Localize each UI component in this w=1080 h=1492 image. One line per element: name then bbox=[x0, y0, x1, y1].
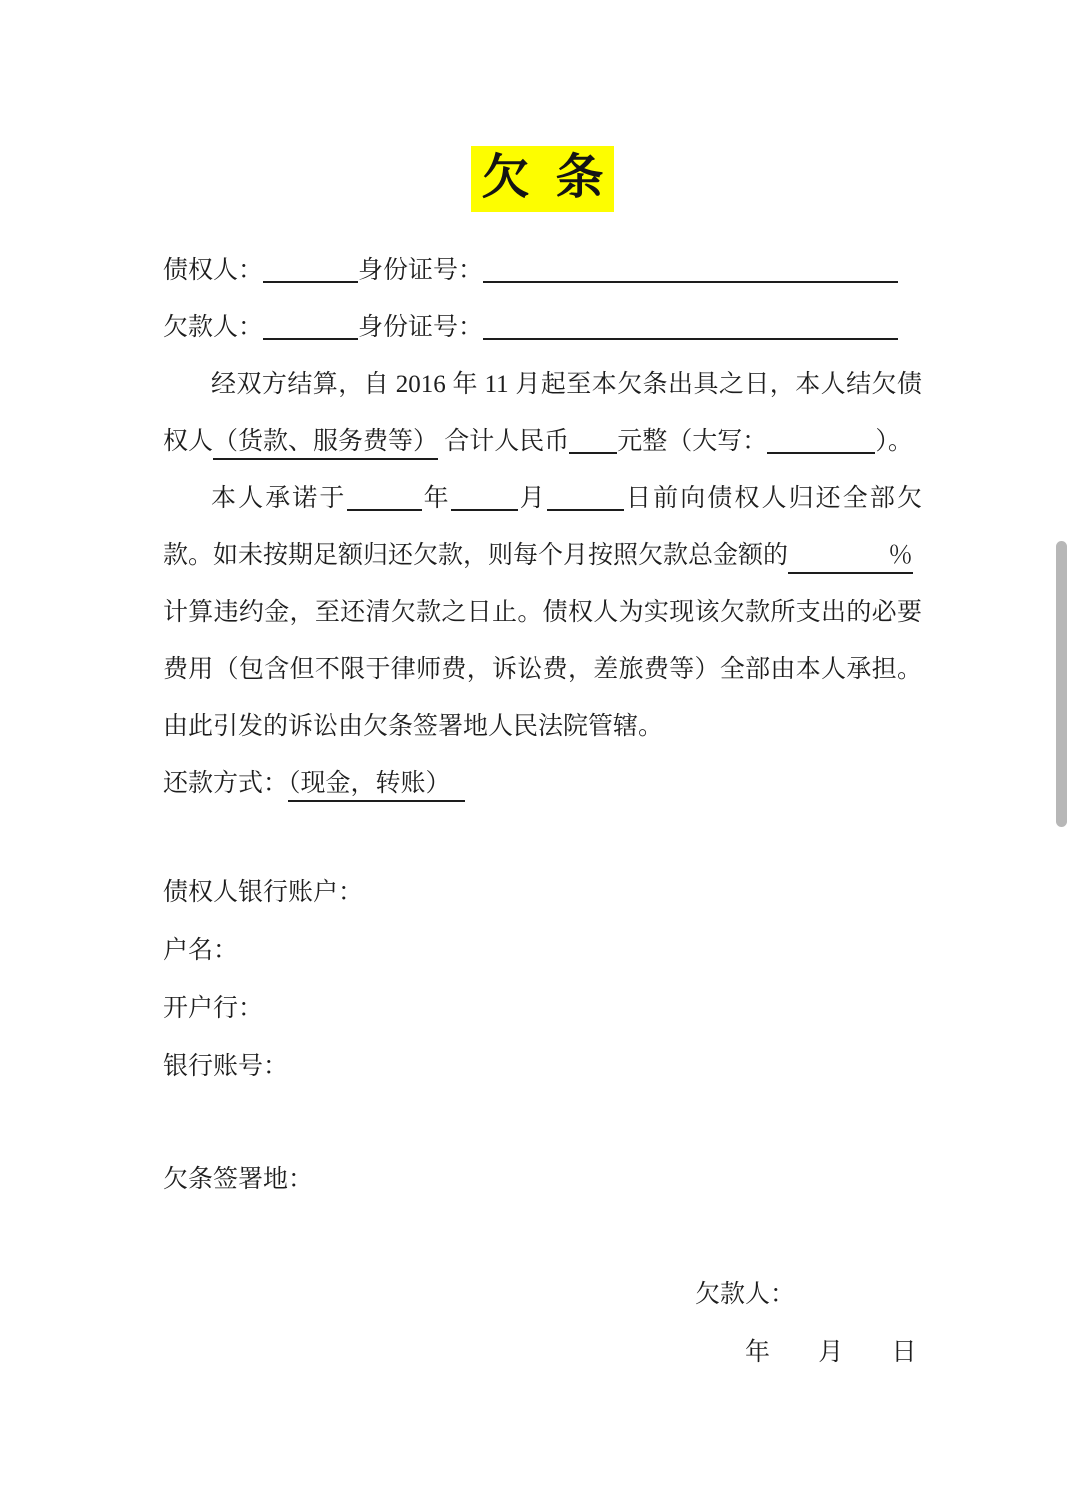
body-line-6: 费用（包含但不限于律师费，诉讼费，差旅费等）全部由本人承担。 bbox=[163, 641, 922, 698]
percent-sign: ％ bbox=[888, 542, 913, 569]
body-line-2: 权人（货款、服务费等） 合计人民币元整（大写：）。 bbox=[163, 413, 922, 470]
creditor-label: 债权人： bbox=[163, 257, 263, 284]
body-line-2-pre: 权人 bbox=[163, 428, 213, 455]
promise-rest: 日前向债权人归还全部欠 bbox=[624, 485, 922, 512]
amount-capital-blank bbox=[767, 428, 875, 454]
year-blank bbox=[347, 485, 422, 511]
debtor-id-blank bbox=[483, 314, 898, 340]
bank-branch-line: 开户行： bbox=[163, 980, 922, 1038]
bank-account-heading: 债权人银行账户： bbox=[163, 864, 922, 922]
document-page: 欠 条 债权人：身份证号： 欠款人：身份证号： 经双方结算，自 2016 年 1… bbox=[0, 0, 1080, 1492]
title-row: 欠 条 bbox=[163, 0, 922, 212]
repayment-line: 还款方式：（现金，转账） bbox=[163, 755, 922, 812]
account-name-line: 户名： bbox=[163, 922, 922, 980]
debtor-id-label: 身份证号： bbox=[358, 314, 483, 341]
body-line-7: 由此引发的诉讼由欠条签署地人民法院管辖。 bbox=[163, 698, 922, 755]
debtor-label: 欠款人： bbox=[163, 314, 263, 341]
debt-type-underlined: （货款、服务费等） bbox=[213, 428, 438, 460]
body-line-5: 计算违约金，至还清欠款之日止。债权人为实现该欠款所支出的必要 bbox=[163, 584, 922, 641]
penalty-percent-underlined: ％ bbox=[788, 542, 913, 574]
account-number-line: 银行账号： bbox=[163, 1038, 922, 1096]
body-line-2-mid2: 元整（大写： bbox=[617, 428, 767, 455]
month-label: 月 bbox=[518, 485, 547, 512]
body-line-4: 款。如未按期足额归还欠款，则每个月按照欠款总金额的％ bbox=[163, 527, 922, 584]
amount-blank bbox=[569, 428, 617, 454]
repayment-method-underlined: （现金，转账） bbox=[288, 770, 465, 802]
document-content: 欠 条 债权人：身份证号： 欠款人：身份证号： 经双方结算，自 2016 年 1… bbox=[0, 0, 1080, 1381]
document-title-highlight: 欠 条 bbox=[471, 146, 613, 212]
debtor-signature-label: 欠款人： bbox=[695, 1266, 922, 1324]
body-line-2-mid: 合计人民币 bbox=[438, 428, 569, 455]
date-line: 年 月 日 bbox=[745, 1324, 922, 1381]
creditor-id-label: 身份证号： bbox=[358, 257, 483, 284]
body-line-1: 经双方结算，自 2016 年 11 月起至本欠条出具之日，本人结欠债 bbox=[163, 356, 922, 413]
percent-blank bbox=[788, 537, 888, 563]
year-label: 年 bbox=[422, 485, 451, 512]
repayment-label: 还款方式： bbox=[163, 770, 288, 797]
sign-place-line: 欠条签署地： bbox=[163, 1151, 922, 1209]
creditor-id-blank bbox=[483, 257, 898, 283]
creditor-line: 债权人：身份证号： bbox=[163, 242, 922, 299]
debtor-line: 欠款人：身份证号： bbox=[163, 299, 922, 356]
scrollbar-thumb[interactable] bbox=[1056, 541, 1067, 827]
document-title: 欠 条 bbox=[481, 151, 603, 204]
day-blank bbox=[547, 485, 624, 511]
debtor-name-blank bbox=[263, 314, 358, 340]
month-blank bbox=[451, 485, 518, 511]
body-line-2-end: ）。 bbox=[875, 428, 913, 455]
penalty-text: 款。如未按期足额归还欠款，则每个月按照欠款总金额的 bbox=[163, 542, 788, 569]
body-line-3: 本人承诺于年月日前向债权人归还全部欠 bbox=[163, 470, 922, 527]
creditor-name-blank bbox=[263, 257, 358, 283]
promise-pre: 本人承诺于 bbox=[211, 485, 347, 512]
